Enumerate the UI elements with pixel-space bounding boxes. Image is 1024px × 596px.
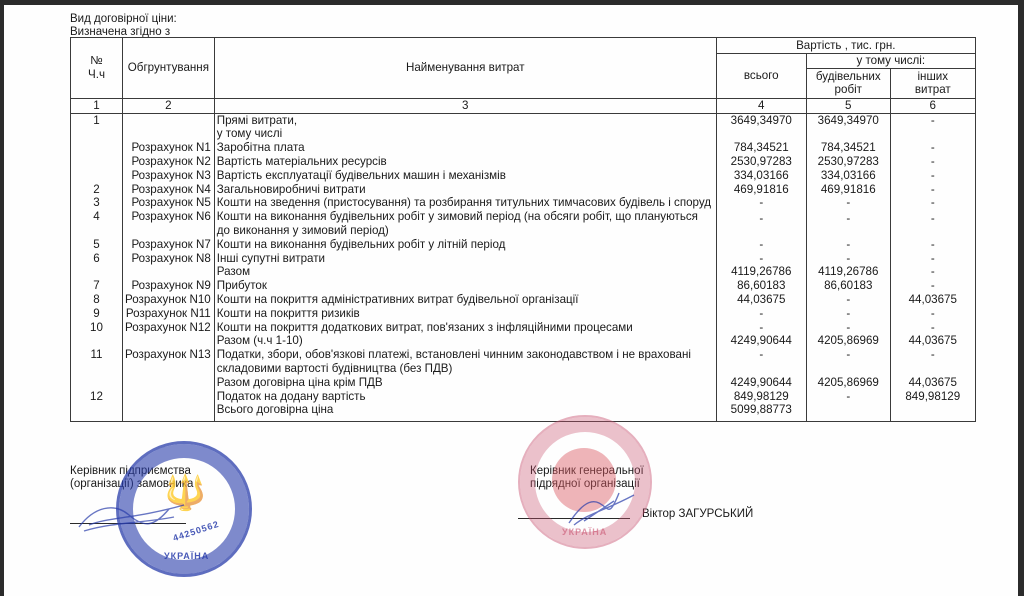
row-construction: -: [806, 390, 890, 404]
row-construction: [806, 127, 890, 141]
row-other: -: [890, 210, 975, 238]
row-number: [71, 141, 123, 155]
row-total: 784,34521: [716, 141, 806, 155]
table-row: 1Прямі витрати,3649,349703649,34970-: [71, 113, 976, 127]
row-other: 44,03675: [890, 334, 975, 348]
header-total: всього: [716, 54, 806, 99]
table-row: 6Розрахунок N8Інші супутні витрати---: [71, 252, 976, 266]
contractor-name: Віктор ЗАГУРСЬКИЙ: [642, 508, 753, 521]
header-other: іншихвитрат: [890, 68, 975, 98]
client-signature-scribble: [74, 497, 194, 537]
row-other: -: [890, 196, 975, 210]
row-cost-name: Прямі витрати,: [214, 113, 716, 127]
row-justification: Розрахунок N10: [123, 293, 215, 307]
table-row: Разом4119,267864119,26786-: [71, 265, 976, 279]
row-total: 4249,90644: [716, 334, 806, 348]
row-justification: [123, 334, 215, 348]
row-cost-name: Кошти на покриття додаткових витрат, пов…: [214, 321, 716, 335]
table-row: у тому числі: [71, 127, 976, 141]
table-row: Разом (ч.ч 1-10)4249,906444205,8696944,0…: [71, 334, 976, 348]
row-total: 4249,90644: [716, 376, 806, 390]
row-construction: 469,91816: [806, 183, 890, 197]
row-construction: 3649,34970: [806, 113, 890, 127]
row-justification: Розрахунок N1: [123, 141, 215, 155]
row-justification: Розрахунок N5: [123, 196, 215, 210]
row-number: [71, 127, 123, 141]
row-cost-name: Вартість експлуатації будівельних машин …: [214, 169, 716, 183]
row-cost-name: Інші супутні витрати: [214, 252, 716, 266]
row-construction: -: [806, 196, 890, 210]
table-row: 2Розрахунок N4Загальновиробничі витрати4…: [71, 183, 976, 197]
row-other: -: [890, 265, 975, 279]
table-row: 8Розрахунок N10Кошти на покриття адмініс…: [71, 293, 976, 307]
row-other: -: [890, 348, 975, 376]
document-page: Вид договірної ціни: Визначена згідно з …: [4, 5, 1018, 596]
row-other: 849,98129: [890, 390, 975, 404]
row-justification: Розрахунок N3: [123, 169, 215, 183]
row-justification: Розрахунок N9: [123, 279, 215, 293]
row-number: [71, 155, 123, 169]
row-construction: [806, 403, 890, 421]
row-number: 11: [71, 348, 123, 376]
cost-estimate-table: №Ч.ч Обгрунтування Найменування витрат В…: [70, 37, 976, 422]
row-number: 6: [71, 252, 123, 266]
row-total: 469,91816: [716, 183, 806, 197]
row-number: 1: [71, 113, 123, 127]
row-other: [890, 127, 975, 141]
table-row: 4Розрахунок N6Кошти на виконання будівел…: [71, 210, 976, 238]
row-cost-name: Податок на додану вартість: [214, 390, 716, 404]
row-cost-name: Кошти на покриття ризиків: [214, 307, 716, 321]
row-total: 5099,88773: [716, 403, 806, 421]
row-justification: Розрахунок N13: [123, 348, 215, 376]
row-cost-name: Кошти на виконання будівельних робіт у л…: [214, 238, 716, 252]
row-number: 3: [71, 196, 123, 210]
row-total: 849,98129: [716, 390, 806, 404]
row-construction: 784,34521: [806, 141, 890, 155]
row-cost-name: у тому числі: [214, 127, 716, 141]
row-justification: Розрахунок N8: [123, 252, 215, 266]
row-cost-name: Кошти на покриття адміністративних витра…: [214, 293, 716, 307]
header-cost-name: Найменування витрат: [214, 38, 716, 99]
row-number: [71, 265, 123, 279]
table-row: 11Розрахунок N13Податки, збори, обов'язк…: [71, 348, 976, 376]
row-number: 8: [71, 293, 123, 307]
row-other: 44,03675: [890, 293, 975, 307]
row-other: -: [890, 169, 975, 183]
row-other: -: [890, 113, 975, 127]
row-other: -: [890, 155, 975, 169]
table-row: Разом договірна ціна крім ПДВ4249,906444…: [71, 376, 976, 390]
row-cost-name: Разом: [214, 265, 716, 279]
row-total: 334,03166: [716, 169, 806, 183]
header-number: №Ч.ч: [71, 38, 123, 99]
row-number: [71, 169, 123, 183]
row-cost-name: Прибуток: [214, 279, 716, 293]
row-construction: 2530,97283: [806, 155, 890, 169]
row-total: 4119,26786: [716, 265, 806, 279]
row-justification: Розрахунок N12: [123, 321, 215, 335]
row-justification: [123, 113, 215, 127]
row-cost-name: Заробітна плата: [214, 141, 716, 155]
row-construction: -: [806, 321, 890, 335]
row-number: 9: [71, 307, 123, 321]
row-number: [71, 334, 123, 348]
row-justification: Розрахунок N4: [123, 183, 215, 197]
row-total: -: [716, 307, 806, 321]
header-cost-group: Вартість , тис. грн.: [716, 38, 975, 54]
row-total: -: [716, 210, 806, 238]
row-other: -: [890, 183, 975, 197]
table-row: Розрахунок N2Вартість матеріальних ресур…: [71, 155, 976, 169]
row-construction: 4205,86969: [806, 376, 890, 390]
row-total: 3649,34970: [716, 113, 806, 127]
row-construction: 334,03166: [806, 169, 890, 183]
row-construction: -: [806, 210, 890, 238]
row-number: 7: [71, 279, 123, 293]
row-justification: Розрахунок N2: [123, 155, 215, 169]
row-construction: -: [806, 293, 890, 307]
row-justification: Розрахунок N7: [123, 238, 215, 252]
row-other: -: [890, 279, 975, 293]
row-total: -: [716, 252, 806, 266]
row-number: [71, 403, 123, 421]
row-total: -: [716, 196, 806, 210]
row-cost-name: Разом (ч.ч 1-10): [214, 334, 716, 348]
row-cost-name: Разом договірна ціна крім ПДВ: [214, 376, 716, 390]
table-row: 12Податок на додану вартість849,98129-84…: [71, 390, 976, 404]
column-numbers-row: 123 456: [71, 98, 976, 113]
price-type-label: Вид договірної ціни:: [70, 13, 177, 26]
table-row: 5Розрахунок N7Кошти на виконання будівел…: [71, 238, 976, 252]
row-number: 10: [71, 321, 123, 335]
row-other: -: [890, 321, 975, 335]
row-total: [716, 127, 806, 141]
row-justification: [123, 390, 215, 404]
row-number: 12: [71, 390, 123, 404]
row-total: 44,03675: [716, 293, 806, 307]
row-justification: Розрахунок N11: [123, 307, 215, 321]
row-total: 86,60183: [716, 279, 806, 293]
row-number: 5: [71, 238, 123, 252]
row-other: [890, 403, 975, 421]
row-justification: [123, 376, 215, 390]
header-construction: будівельнихробіт: [806, 68, 890, 98]
row-other: -: [890, 141, 975, 155]
row-number: 2: [71, 183, 123, 197]
table-row: 10Розрахунок N12Кошти на покриття додатк…: [71, 321, 976, 335]
row-other: 44,03675: [890, 376, 975, 390]
row-total: -: [716, 348, 806, 376]
row-other: -: [890, 252, 975, 266]
table-row: 7Розрахунок N9Прибуток86,6018386,60183-: [71, 279, 976, 293]
row-number: [71, 376, 123, 390]
row-justification: [123, 265, 215, 279]
row-total: 2530,97283: [716, 155, 806, 169]
row-cost-name: Вартість матеріальних ресурсів: [214, 155, 716, 169]
row-number: 4: [71, 210, 123, 238]
row-justification: [123, 127, 215, 141]
row-construction: -: [806, 307, 890, 321]
row-construction: 4205,86969: [806, 334, 890, 348]
header-including: у тому числі:: [806, 54, 975, 69]
table-row: Розрахунок N1Заробітна плата784,34521784…: [71, 141, 976, 155]
table-row: 3Розрахунок N5Кошти на зведення (пристос…: [71, 196, 976, 210]
row-justification: [123, 403, 215, 421]
row-other: -: [890, 307, 975, 321]
row-construction: -: [806, 238, 890, 252]
table-row: Всього договірна ціна5099,88773: [71, 403, 976, 421]
row-total: -: [716, 238, 806, 252]
row-cost-name: Податки, збори, обов'язкові платежі, вст…: [214, 348, 716, 376]
row-construction: -: [806, 252, 890, 266]
blue-stamp-country: УКРАЇНА: [164, 551, 209, 561]
row-justification: Розрахунок N6: [123, 210, 215, 238]
red-stamp-country: УКРАЇНА: [562, 527, 607, 537]
row-cost-name: Кошти на зведення (пристосування) та роз…: [214, 196, 716, 210]
table-row: 9Розрахунок N11Кошти на покриття ризиків…: [71, 307, 976, 321]
contractor-signature-scribble: [564, 483, 644, 528]
row-total: -: [716, 321, 806, 335]
row-construction: 4119,26786: [806, 265, 890, 279]
row-cost-name: Загальновиробничі витрати: [214, 183, 716, 197]
row-construction: -: [806, 348, 890, 376]
header-justification: Обгрунтування: [123, 38, 215, 99]
row-cost-name: Кошти на виконання будівельних робіт у з…: [214, 210, 716, 238]
row-construction: 86,60183: [806, 279, 890, 293]
row-other: -: [890, 238, 975, 252]
table-row: Розрахунок N3Вартість експлуатації будів…: [71, 169, 976, 183]
row-cost-name: Всього договірна ціна: [214, 403, 716, 421]
